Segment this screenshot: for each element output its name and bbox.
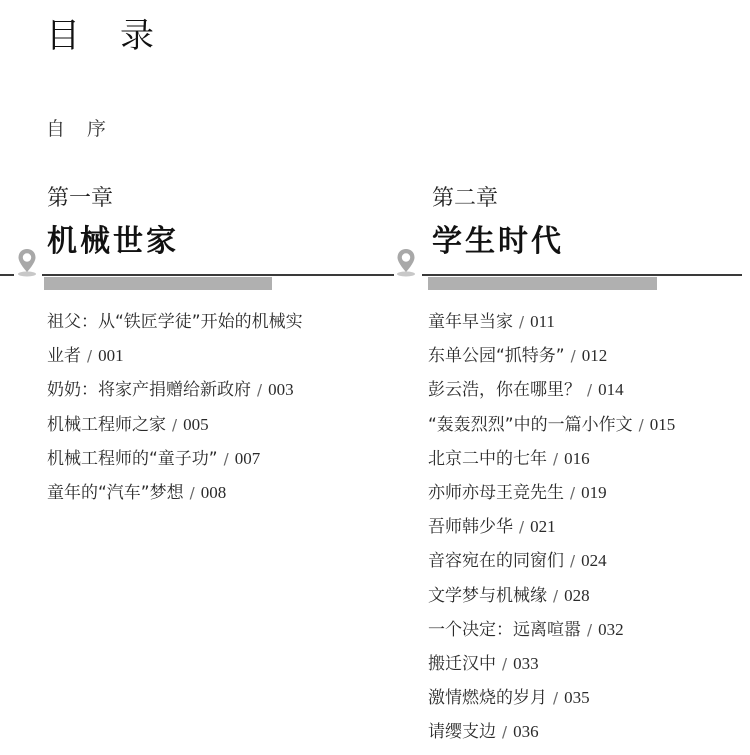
separator: /	[519, 313, 524, 331]
separator: /	[570, 552, 575, 570]
chapter-number: 第二章	[432, 184, 498, 214]
toc-entry[interactable]: 北京二中的七年/016	[428, 442, 675, 476]
toc-entry[interactable]: 机械工程师之家/005	[47, 408, 303, 442]
toc-entry[interactable]: 机械工程师的“童子功”/007	[47, 442, 303, 476]
divider-rule	[0, 274, 14, 276]
separator: /	[587, 621, 592, 639]
divider-rule	[42, 274, 394, 276]
entry-title: 吾师韩少华	[428, 517, 513, 537]
separator: /	[553, 450, 558, 468]
toc-entry[interactable]: 请缨支边/036	[428, 715, 675, 749]
toc-entry[interactable]: 东单公园“抓特务”/012	[428, 339, 675, 373]
chapter-accent-bar	[428, 277, 657, 290]
entry-title: 请缨支边	[428, 722, 496, 742]
entry-page: 024	[581, 551, 607, 570]
entry-page: 005	[183, 415, 209, 434]
entry-page: 028	[564, 586, 590, 605]
entry-page: 019	[581, 483, 607, 502]
divider-rule	[378, 274, 394, 276]
entry-title: 东单公园“抓特务”	[428, 346, 565, 366]
title-char-1: 目	[46, 12, 80, 60]
entry-title: 搬迁汉中	[428, 654, 496, 674]
chapter-number: 第一章	[47, 184, 113, 214]
toc-entry[interactable]: “轰轰烈烈”中的一篇小作文/015	[428, 408, 675, 442]
map-pin-icon	[16, 247, 38, 277]
entry-title: 文学梦与机械缘	[428, 586, 547, 606]
entry-page: 011	[530, 312, 555, 331]
entry-page: 015	[650, 415, 676, 434]
separator: /	[587, 381, 592, 399]
chapter-title: 机械世家	[47, 222, 179, 262]
entry-title: 音容宛在的同窗们	[428, 551, 564, 571]
entry-title: 奶奶：将家产捐赠给新政府	[47, 380, 251, 400]
map-pin-icon	[395, 247, 417, 277]
page-title: 目录	[46, 12, 154, 60]
toc-entry[interactable]: 吾师韩少华/021	[428, 510, 675, 544]
entry-title: 业者	[47, 346, 81, 366]
entry-page: 036	[513, 722, 539, 741]
entry-title: 激情燃烧的岁月	[428, 688, 547, 708]
title-char-2: 录	[120, 12, 154, 60]
preface-char-1: 自	[46, 118, 65, 140]
entry-page: 033	[513, 654, 539, 673]
entry-page: 003	[268, 380, 294, 399]
divider-rule	[422, 274, 742, 276]
entry-title: 机械工程师之家	[47, 415, 166, 435]
separator: /	[553, 587, 558, 605]
entry-title: 一个决定：远离喧嚣	[428, 620, 581, 640]
separator: /	[502, 655, 507, 673]
toc-entry-preface[interactable]: 自序	[46, 116, 106, 142]
separator: /	[639, 416, 644, 434]
toc-entry[interactable]: 一个决定：远离喧嚣/032	[428, 613, 675, 647]
toc-entry[interactable]: 业者/001	[47, 339, 303, 373]
entry-page: 016	[564, 449, 590, 468]
separator: /	[87, 347, 92, 365]
entry-page: 007	[235, 449, 261, 468]
separator: /	[502, 723, 507, 741]
entry-title: 祖父：从“铁匠学徒”开始的机械实	[47, 312, 303, 332]
toc-entry[interactable]: 音容宛在的同窗们/024	[428, 544, 675, 578]
toc-entry[interactable]: 激情燃烧的岁月/035	[428, 681, 675, 715]
separator: /	[570, 484, 575, 502]
entry-page: 021	[530, 517, 556, 536]
toc-entry[interactable]: 童年早当家/011	[428, 305, 675, 339]
entry-title: 北京二中的七年	[428, 449, 547, 469]
entry-title: 亦师亦母王竞先生	[428, 483, 564, 503]
toc-entry[interactable]: 亦师亦母王竞先生/019	[428, 476, 675, 510]
chapter-2-entries: 童年早当家/011 东单公园“抓特务”/012 彭云浩，你在哪里？/014 “轰…	[428, 305, 675, 750]
entry-title: 机械工程师的“童子功”	[47, 449, 218, 469]
separator: /	[224, 450, 229, 468]
entry-page: 014	[598, 380, 624, 399]
preface-char-2: 序	[87, 118, 106, 140]
separator: /	[519, 518, 524, 536]
toc-entry[interactable]: 奶奶：将家产捐赠给新政府/003	[47, 373, 303, 407]
toc-entry[interactable]: 彭云浩，你在哪里？/014	[428, 373, 675, 407]
toc-entry[interactable]: 童年的“汽车”梦想/008	[47, 476, 303, 510]
entry-title: 童年的“汽车”梦想	[47, 483, 184, 503]
separator: /	[172, 416, 177, 434]
separator: /	[257, 381, 262, 399]
chapter-accent-bar	[44, 277, 272, 290]
toc-entry[interactable]: 文学梦与机械缘/028	[428, 579, 675, 613]
entry-page: 001	[98, 346, 124, 365]
entry-title: 童年早当家	[428, 312, 513, 332]
chapter-1-entries: 祖父：从“铁匠学徒”开始的机械实 业者/001 奶奶：将家产捐赠给新政府/003…	[47, 305, 303, 510]
separator: /	[571, 347, 576, 365]
separator: /	[190, 484, 195, 502]
chapter-title: 学生时代	[432, 222, 564, 262]
entry-title: 彭云浩，你在哪里？	[428, 380, 581, 400]
entry-page: 035	[564, 688, 590, 707]
entry-page: 032	[598, 620, 624, 639]
toc-entry[interactable]: 搬迁汉中/033	[428, 647, 675, 681]
entry-title: “轰轰烈烈”中的一篇小作文	[428, 415, 633, 435]
toc-entry[interactable]: 祖父：从“铁匠学徒”开始的机械实	[47, 305, 303, 339]
entry-page: 008	[201, 483, 227, 502]
entry-page: 012	[582, 346, 608, 365]
separator: /	[553, 689, 558, 707]
